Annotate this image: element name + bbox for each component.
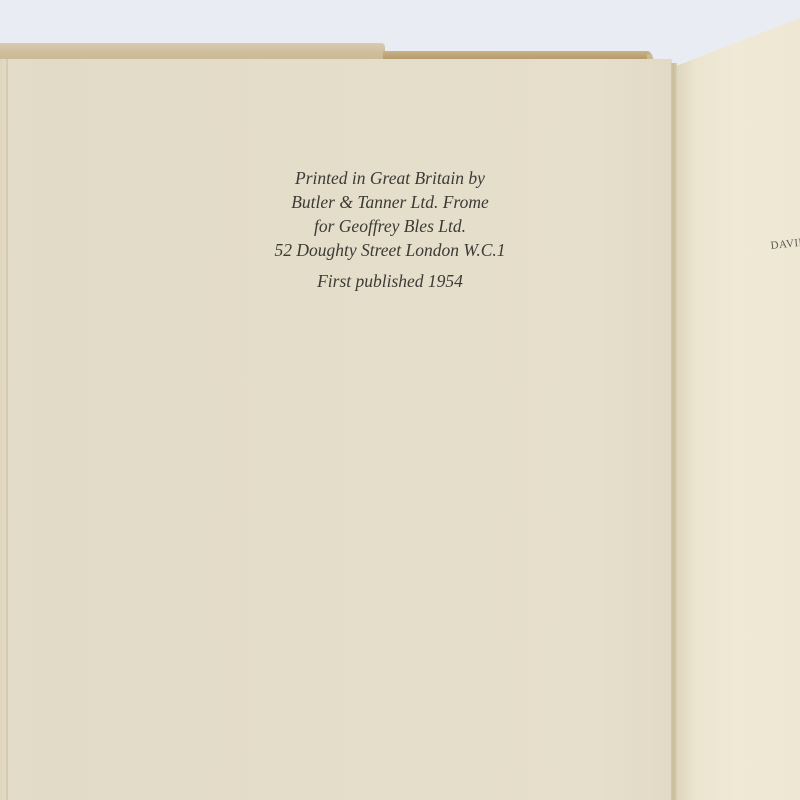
right-page bbox=[676, 0, 800, 800]
book-photo: DAVID Printed in Great Britain by Butler… bbox=[0, 0, 800, 800]
imprint-line-printer: Printed in Great Britain by bbox=[190, 166, 590, 190]
left-page-top-edge bbox=[0, 43, 385, 60]
imprint-line-printer-name: Butler & Tanner Ltd. Frome bbox=[190, 190, 590, 214]
page-gutter bbox=[671, 63, 677, 800]
first-published-line: First published 1954 bbox=[190, 269, 590, 293]
imprint-block: Printed in Great Britain by Butler & Tan… bbox=[190, 166, 590, 293]
imprint-line-publisher: for Geoffrey Bles Ltd. bbox=[190, 214, 590, 238]
left-page-margin-edge bbox=[6, 59, 8, 800]
imprint-line-address: 52 Doughty Street London W.C.1 bbox=[190, 238, 590, 262]
